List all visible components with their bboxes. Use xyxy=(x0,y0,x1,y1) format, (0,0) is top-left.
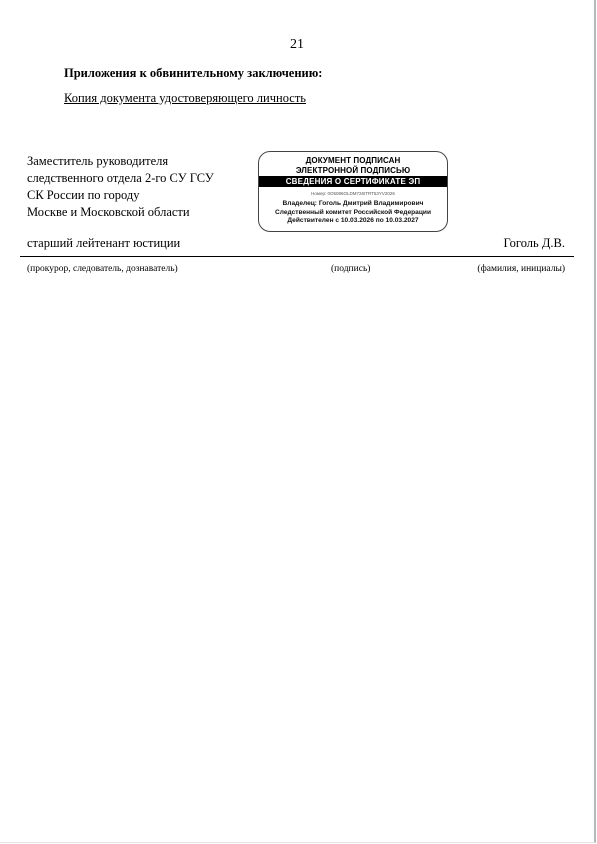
electronic-signature-stamp: ДОКУМЕНТ ПОДПИСАН ЭЛЕКТРОННОЙ ПОДПИСЬЮ С… xyxy=(258,151,448,232)
caption-signature: (подпись) xyxy=(331,264,370,274)
attachments-heading: Приложения к обвинительному заключению: xyxy=(64,66,322,81)
position-line: Москве и Московской области xyxy=(27,204,214,221)
position-line: СК России по городу xyxy=(27,187,214,204)
signer-name: Гоголь Д.В. xyxy=(504,236,565,251)
stamp-serial-number: Номер: 0O5086OLDM726ITRT53YV2026 xyxy=(259,191,447,197)
signature-line xyxy=(20,256,574,257)
stamp-validity: Действителен с 10.03.2026 по 10.03.2027 xyxy=(259,217,447,226)
signer-position: Заместитель руководителя следственного о… xyxy=(27,153,214,221)
stamp-title-line: ДОКУМЕНТ ПОДПИСАН xyxy=(259,156,447,166)
document-page: 21 Приложения к обвинительному заключени… xyxy=(0,0,596,843)
stamp-certificate-bar: СВЕДЕНИЯ О СЕРТИФИКАТЕ ЭП xyxy=(259,176,447,187)
caption-role: (прокурор, следователь, дознаватель) xyxy=(27,264,178,274)
stamp-title: ДОКУМЕНТ ПОДПИСАН ЭЛЕКТРОННОЙ ПОДПИСЬЮ xyxy=(259,156,447,175)
signer-rank: старший лейтенант юстиции xyxy=(27,236,180,251)
page-number: 21 xyxy=(0,37,594,53)
stamp-title-line: ЭЛЕКТРОННОЙ ПОДПИСЬЮ xyxy=(259,166,447,176)
caption-name: (фамилия, инициалы) xyxy=(477,264,565,274)
position-line: следственного отдела 2-го СУ ГСУ xyxy=(27,170,214,187)
attachment-item: Копия документа удостоверяющего личность xyxy=(64,91,306,106)
position-line: Заместитель руководителя xyxy=(27,153,214,170)
stamp-organization: Следственный комитет Российской Федераци… xyxy=(259,209,447,218)
stamp-owner: Владелец: Гоголь Дмитрий Владимирович xyxy=(259,200,447,209)
